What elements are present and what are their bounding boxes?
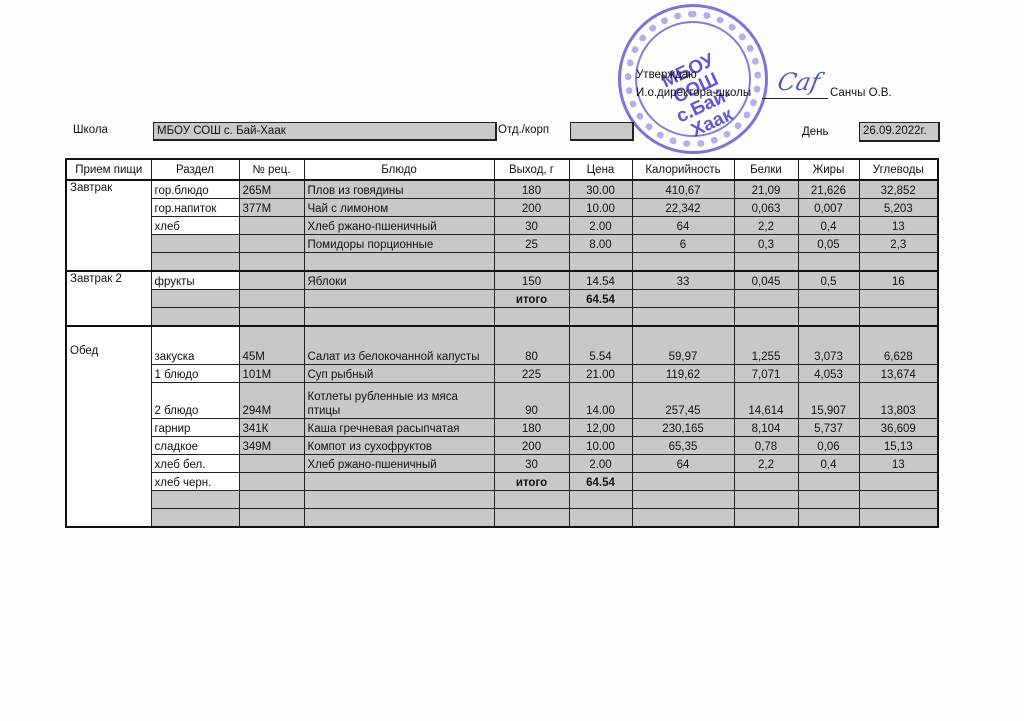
yield-cell: 180: [494, 180, 569, 199]
table-row: итого64.54: [66, 290, 938, 308]
table-row: [66, 491, 938, 509]
recipe-cell: [239, 290, 304, 308]
recipe-cell: [239, 308, 304, 327]
carbs-cell: 13,803: [859, 383, 938, 419]
meal-name-cell: Завтрак 2: [66, 271, 151, 326]
protein-cell: 2,2: [734, 455, 798, 473]
fat-cell: [798, 473, 859, 491]
fat-cell: [798, 308, 859, 327]
dish-cell: [304, 473, 494, 491]
carbs-cell: 13: [859, 217, 938, 235]
carbs-cell: [859, 491, 938, 509]
table-row: 1 блюдо101МСуп рыбный22521.00119,627,071…: [66, 365, 938, 383]
table-row: Обедзакуска45МСалат из белокочанной капу…: [66, 326, 938, 365]
recipe-cell: 377М: [239, 199, 304, 217]
day-field[interactable]: 26.09.2022г.: [859, 122, 940, 142]
table-row: хлебХлеб ржано-пшеничный302.00642,20,413: [66, 217, 938, 235]
meal-name-cell: Завтрак: [66, 180, 151, 271]
kcal-cell: 257,45: [632, 383, 734, 419]
dish-cell: Хлеб ржано-пшеничный: [304, 455, 494, 473]
kcal-cell: 6: [632, 235, 734, 253]
kcal-cell: 65,35: [632, 437, 734, 455]
yield-cell: 150: [494, 271, 569, 290]
fat-cell: 15,907: [798, 383, 859, 419]
kcal-cell: [632, 491, 734, 509]
fat-cell: 0,05: [798, 235, 859, 253]
price-cell: 8.00: [569, 235, 632, 253]
dish-cell: [304, 290, 494, 308]
school-label: Школа: [73, 124, 108, 136]
section-cell: фрукты: [151, 271, 239, 290]
table-row: Помидоры порционные258.0060,30,052,3: [66, 235, 938, 253]
dish-cell: Салат из белокочанной капусты: [304, 326, 494, 365]
column-header: Жиры: [798, 159, 859, 180]
kcal-cell: 33: [632, 271, 734, 290]
yield-cell: 80: [494, 326, 569, 365]
table-body: Завтракгор.блюдо265МПлов из говядины1803…: [66, 180, 938, 527]
protein-cell: 0,063: [734, 199, 798, 217]
protein-cell: [734, 473, 798, 491]
price-cell: 10.00: [569, 199, 632, 217]
recipe-cell: [239, 473, 304, 491]
protein-cell: [734, 290, 798, 308]
price-cell: [569, 308, 632, 327]
fat-cell: [798, 290, 859, 308]
recipe-cell: [239, 253, 304, 272]
price-cell: 64.54: [569, 473, 632, 491]
kcal-cell: [632, 509, 734, 528]
dish-cell: Чай с лимоном: [304, 199, 494, 217]
column-header: Калорийность: [632, 159, 734, 180]
fat-cell: 0,007: [798, 199, 859, 217]
kcal-cell: [632, 290, 734, 308]
price-cell: [569, 491, 632, 509]
section-cell: гор.блюдо: [151, 180, 239, 199]
dish-cell: Компот из сухофруктов: [304, 437, 494, 455]
protein-cell: [734, 509, 798, 528]
protein-cell: 21,09: [734, 180, 798, 199]
table-row: Завтрак 2фруктыЯблоки15014.54330,0450,51…: [66, 271, 938, 290]
price-cell: [569, 253, 632, 272]
dish-cell: [304, 308, 494, 327]
meal-name-cell: Обед: [66, 326, 151, 527]
kcal-cell: 64: [632, 455, 734, 473]
recipe-cell: 101М: [239, 365, 304, 383]
carbs-cell: 16: [859, 271, 938, 290]
price-cell: [569, 509, 632, 528]
carbs-cell: 36,609: [859, 419, 938, 437]
protein-cell: 8,104: [734, 419, 798, 437]
fat-cell: 3,073: [798, 326, 859, 365]
recipe-cell: 294М: [239, 383, 304, 419]
kcal-cell: [632, 473, 734, 491]
section-cell: хлеб бел.: [151, 455, 239, 473]
kcal-cell: 64: [632, 217, 734, 235]
dept-field[interactable]: [570, 122, 634, 141]
fat-cell: [798, 491, 859, 509]
table-row: 2 блюдо294МКотлеты рубленные из мяса пти…: [66, 383, 938, 419]
price-cell: 30.00: [569, 180, 632, 199]
fat-cell: [798, 253, 859, 272]
section-cell: [151, 290, 239, 308]
protein-cell: 0,3: [734, 235, 798, 253]
yield-cell: 225: [494, 365, 569, 383]
protein-cell: [734, 253, 798, 272]
director-name: Санчы О.В.: [830, 87, 892, 99]
fat-cell: [798, 509, 859, 528]
table-row: хлеб бел.Хлеб ржано-пшеничный302.00642,2…: [66, 455, 938, 473]
yield-cell: 200: [494, 199, 569, 217]
recipe-cell: [239, 271, 304, 290]
protein-cell: 0,78: [734, 437, 798, 455]
yield-cell: [494, 253, 569, 272]
dish-cell: Каша гречневая расыпчатая: [304, 419, 494, 437]
carbs-cell: [859, 308, 938, 327]
protein-cell: [734, 308, 798, 327]
table-row: [66, 308, 938, 327]
section-cell: гарнир: [151, 419, 239, 437]
recipe-cell: 341К: [239, 419, 304, 437]
yield-cell: [494, 491, 569, 509]
column-header: Углеводы: [859, 159, 938, 180]
price-cell: 64.54: [569, 290, 632, 308]
yield-cell: итого: [494, 473, 569, 491]
dish-cell: [304, 253, 494, 272]
signature-line: [762, 98, 828, 99]
price-cell: 14.54: [569, 271, 632, 290]
table-row: гор.напиток377МЧай с лимоном20010.0022,3…: [66, 199, 938, 217]
section-cell: гор.напиток: [151, 199, 239, 217]
section-cell: хлеб черн.: [151, 473, 239, 491]
recipe-cell: [239, 217, 304, 235]
carbs-cell: [859, 473, 938, 491]
recipe-cell: 349М: [239, 437, 304, 455]
price-cell: 10.00: [569, 437, 632, 455]
dish-cell: Помидоры порционные: [304, 235, 494, 253]
kcal-cell: 410,67: [632, 180, 734, 199]
protein-cell: 0,045: [734, 271, 798, 290]
kcal-cell: 22,342: [632, 199, 734, 217]
kcal-cell: [632, 253, 734, 272]
fat-cell: 0,5: [798, 271, 859, 290]
recipe-cell: [239, 235, 304, 253]
carbs-cell: [859, 253, 938, 272]
recipe-cell: 265М: [239, 180, 304, 199]
table-row: хлеб черн.итого64.54: [66, 473, 938, 491]
section-cell: [151, 235, 239, 253]
yield-cell: 30: [494, 455, 569, 473]
dish-cell: [304, 491, 494, 509]
school-field[interactable]: МБОУ СОШ с. Бай-Хаак: [153, 122, 497, 141]
protein-cell: [734, 491, 798, 509]
recipe-cell: 45М: [239, 326, 304, 365]
carbs-cell: 13: [859, 455, 938, 473]
section-cell: [151, 509, 239, 528]
dept-label: Отд./корп: [498, 124, 549, 136]
menu-table: Прием пищиРаздел№ рец.БлюдоВыход, гЦенаК…: [65, 158, 939, 528]
kcal-cell: 59,97: [632, 326, 734, 365]
dish-cell: [304, 509, 494, 528]
carbs-cell: [859, 509, 938, 528]
price-cell: 12,00: [569, 419, 632, 437]
section-cell: 1 блюдо: [151, 365, 239, 383]
yield-cell: 30: [494, 217, 569, 235]
table-header-row: Прием пищиРаздел№ рец.БлюдоВыход, гЦенаК…: [66, 159, 938, 180]
table-row: гарнир341ККаша гречневая расыпчатая18012…: [66, 419, 938, 437]
kcal-cell: 230,165: [632, 419, 734, 437]
kcal-cell: 119,62: [632, 365, 734, 383]
yield-cell: 25: [494, 235, 569, 253]
section-cell: 2 блюдо: [151, 383, 239, 419]
approve-label: Утверждаю: [636, 69, 697, 81]
column-header: Выход, г: [494, 159, 569, 180]
day-label: День: [802, 126, 829, 138]
price-cell: 2.00: [569, 455, 632, 473]
fat-cell: 4,053: [798, 365, 859, 383]
yield-cell: [494, 308, 569, 327]
section-cell: хлеб: [151, 217, 239, 235]
fat-cell: 21,626: [798, 180, 859, 199]
yield-cell: [494, 509, 569, 528]
fat-cell: 5,737: [798, 419, 859, 437]
column-header: № рец.: [239, 159, 304, 180]
carbs-cell: 6,628: [859, 326, 938, 365]
yield-cell: 200: [494, 437, 569, 455]
table-row: сладкое349МКомпот из сухофруктов20010.00…: [66, 437, 938, 455]
dish-cell: Хлеб ржано-пшеничный: [304, 217, 494, 235]
column-header: Прием пищи: [66, 159, 151, 180]
recipe-cell: [239, 455, 304, 473]
yield-cell: итого: [494, 290, 569, 308]
table-row: [66, 253, 938, 272]
fat-cell: 0,4: [798, 455, 859, 473]
kcal-cell: [632, 308, 734, 327]
dish-cell: Суп рыбный: [304, 365, 494, 383]
protein-cell: 2,2: [734, 217, 798, 235]
column-header: Блюдо: [304, 159, 494, 180]
column-header: Цена: [569, 159, 632, 180]
carbs-cell: 2,3: [859, 235, 938, 253]
yield-cell: 180: [494, 419, 569, 437]
dish-cell: Котлеты рубленные из мяса птицы: [304, 383, 494, 419]
recipe-cell: [239, 491, 304, 509]
protein-cell: 1,255: [734, 326, 798, 365]
column-header: Раздел: [151, 159, 239, 180]
table-row: Завтракгор.блюдо265МПлов из говядины1803…: [66, 180, 938, 199]
fat-cell: 0,06: [798, 437, 859, 455]
carbs-cell: [859, 290, 938, 308]
price-cell: 5.54: [569, 326, 632, 365]
fat-cell: 0,4: [798, 217, 859, 235]
recipe-cell: [239, 509, 304, 528]
protein-cell: 7,071: [734, 365, 798, 383]
carbs-cell: 13,674: [859, 365, 938, 383]
protein-cell: 14,614: [734, 383, 798, 419]
carbs-cell: 15,13: [859, 437, 938, 455]
price-cell: 2.00: [569, 217, 632, 235]
column-header: Белки: [734, 159, 798, 180]
section-cell: [151, 491, 239, 509]
price-cell: 21.00: [569, 365, 632, 383]
carbs-cell: 32,852: [859, 180, 938, 199]
dish-cell: Плов из говядины: [304, 180, 494, 199]
table-row: [66, 509, 938, 528]
section-cell: [151, 253, 239, 272]
carbs-cell: 5,203: [859, 199, 938, 217]
signature: Caf: [775, 68, 823, 96]
dish-cell: Яблоки: [304, 271, 494, 290]
section-cell: [151, 308, 239, 327]
section-cell: закуска: [151, 326, 239, 365]
yield-cell: 90: [494, 383, 569, 419]
section-cell: сладкое: [151, 437, 239, 455]
position-label: И.о.директора школы: [636, 87, 751, 99]
price-cell: 14.00: [569, 383, 632, 419]
